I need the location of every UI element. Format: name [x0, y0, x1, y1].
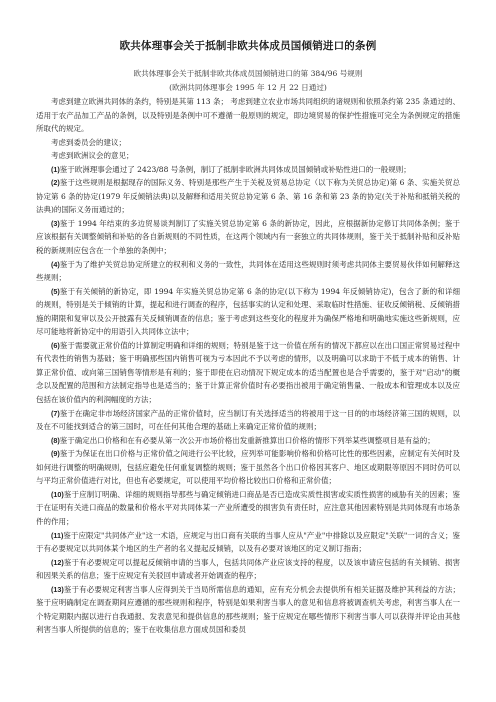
recital-text: 鉴于在确定非市场经济国家产品的正常价值时，应当制订有关选择适当的将被用于这一目的…: [36, 409, 460, 432]
recital-6: (6)鉴于需要就正常价值的计算制定明确和详细的规则；特别是鉴于这一价值在所有的情…: [36, 339, 460, 407]
recital-number: (12): [51, 558, 64, 567]
recital-text: 鉴于有必要规定利害当事人应得到关于当局所需信息的通知，应有充分机会去提供所有相关…: [36, 585, 460, 635]
paragraph-text: 考虑到欧洲议会的意见；: [51, 151, 134, 160]
recital-text: 鉴于有关倾销的新协定，即 1994 年实施关贸总协定第 6 条的协定(以下称为 …: [36, 287, 460, 337]
recital-1: (1)鉴于欧洲理事会通过了 2423/88 号条例，制订了抵制非欧洲共同体成员国…: [36, 163, 460, 177]
recital-2: (2)鉴于这些规则是根据现存的国际义务、特别是那些产生于关税及贸易总协定（以下称…: [36, 176, 460, 217]
recital-12: (12)鉴于有必要规定可以提起反倾销申请的当事人，包括共同体产业应该支持的程度，…: [36, 556, 460, 583]
paragraph-text: 考虑到委员会的建议；: [51, 138, 126, 147]
recital-number: (10): [51, 490, 64, 499]
recital-number: (7): [51, 409, 60, 418]
document-adoption-date: (欧洲共同体理事会 1995 年 12 月 22 日通过): [36, 82, 460, 93]
recital-number: (2): [51, 178, 60, 187]
recital-text: 鉴于为保证在出口价格与正常价值之间进行公平比较，应列举可能影响价格和价格可比性的…: [36, 449, 460, 485]
document-body: 考虑到建立欧洲共同体的条约，特别是其第 113 条； 考虑到建立农业市场共同组织…: [36, 95, 460, 637]
recital-text: 鉴于为了维护关贸总协定所建立的权利和义务的一致性，共同体在适用这些规则时须考虑共…: [36, 260, 460, 283]
recital-text: 鉴于需要就正常价值的计算制定明确和详细的规则；特别是鉴于这一价值在所有的情况下都…: [36, 341, 460, 404]
recital-10: (10)鉴于应制订明确、详细的规则指导那些与确定倾销进口商品是否已造成实质性损害…: [36, 488, 460, 529]
recital-number: (6): [51, 341, 60, 350]
recital-number: (11): [51, 531, 63, 540]
recital-text: 鉴于 1994 年结束的多边贸易谈判制订了实施关贸总协定第 6 条的新协定，因此…: [36, 219, 460, 255]
recital-text: 鉴于应限定"共同体产业"这一术语，应规定与出口商有关联的当事人应从"产业"中排除…: [36, 531, 460, 554]
recital-13: (13)鉴于有必要规定利害当事人应得到关于当局所需信息的通知，应有充分机会去提供…: [36, 583, 460, 637]
recital-number: (9): [51, 449, 60, 458]
recital-number: (3): [51, 219, 60, 228]
recital-text: 鉴于确定出口价格和在有必要从第一次公开市场价格出发重新推算出口价格的情形下列举某…: [60, 436, 435, 445]
recital-3: (3)鉴于 1994 年结束的多边贸易谈判制订了实施关贸总协定第 6 条的新协定…: [36, 217, 460, 258]
recital-5: (5)鉴于有关倾销的新协定，即 1994 年实施关贸总协定第 6 条的协定(以下…: [36, 285, 460, 339]
paragraph-commission: 考虑到委员会的建议；: [36, 136, 460, 150]
recital-4: (4)鉴于为了维护关贸总协定所建立的权利和义务的一致性，共同体在适用这些规则时须…: [36, 258, 460, 285]
document-title: 欧共体理事会关于抵制非欧共体成员国倾销进口的条例: [36, 38, 460, 53]
recital-11: (11)鉴于应限定"共同体产业"这一术语，应规定与出口商有关联的当事人应从"产业…: [36, 529, 460, 556]
recital-number: (5): [51, 287, 60, 296]
recital-number: (8): [51, 436, 60, 445]
paragraph-preamble: 考虑到建立欧洲共同体的条约，特别是其第 113 条； 考虑到建立农业市场共同组织…: [36, 95, 460, 136]
recital-number: (1): [51, 165, 60, 174]
recital-number: (4): [51, 260, 60, 269]
document-subtitle: 欧共体理事会关于抵制非欧共体成员国倾销进口的第 384/96 号规则: [36, 68, 460, 79]
recital-text: 鉴于有必要规定可以提起反倾销申请的当事人，包括共同体产业应该支持的程度，以及该申…: [36, 558, 460, 581]
recital-9: (9)鉴于为保证在出口价格与正常价值之间进行公平比较，应列举可能影响价格和价格可…: [36, 447, 460, 488]
paragraph-parliament: 考虑到欧洲议会的意见；: [36, 149, 460, 163]
recital-number: (13): [51, 585, 64, 594]
recital-text: 鉴于欧洲理事会通过了 2423/88 号条例，制订了抵制非欧洲共同体成员国倾销或…: [60, 165, 411, 174]
recital-8: (8)鉴于确定出口价格和在有必要从第一次公开市场价格出发重新推算出口价格的情形下…: [36, 434, 460, 448]
recital-7: (7)鉴于在确定非市场经济国家产品的正常价值时，应当制订有关选择适当的将被用于这…: [36, 407, 460, 434]
recital-text: 鉴于应制订明确、详细的规则指导那些与确定倾销进口商品是否已造成实质性损害或实质性…: [36, 490, 460, 526]
recital-text: 鉴于这些规则是根据现存的国际义务、特别是那些产生于关税及贸易总协定（以下称为关贸…: [36, 178, 460, 214]
paragraph-text: 考虑到建立欧洲共同体的条约，特别是其第 113 条； 考虑到建立农业市场共同组织…: [36, 97, 460, 133]
